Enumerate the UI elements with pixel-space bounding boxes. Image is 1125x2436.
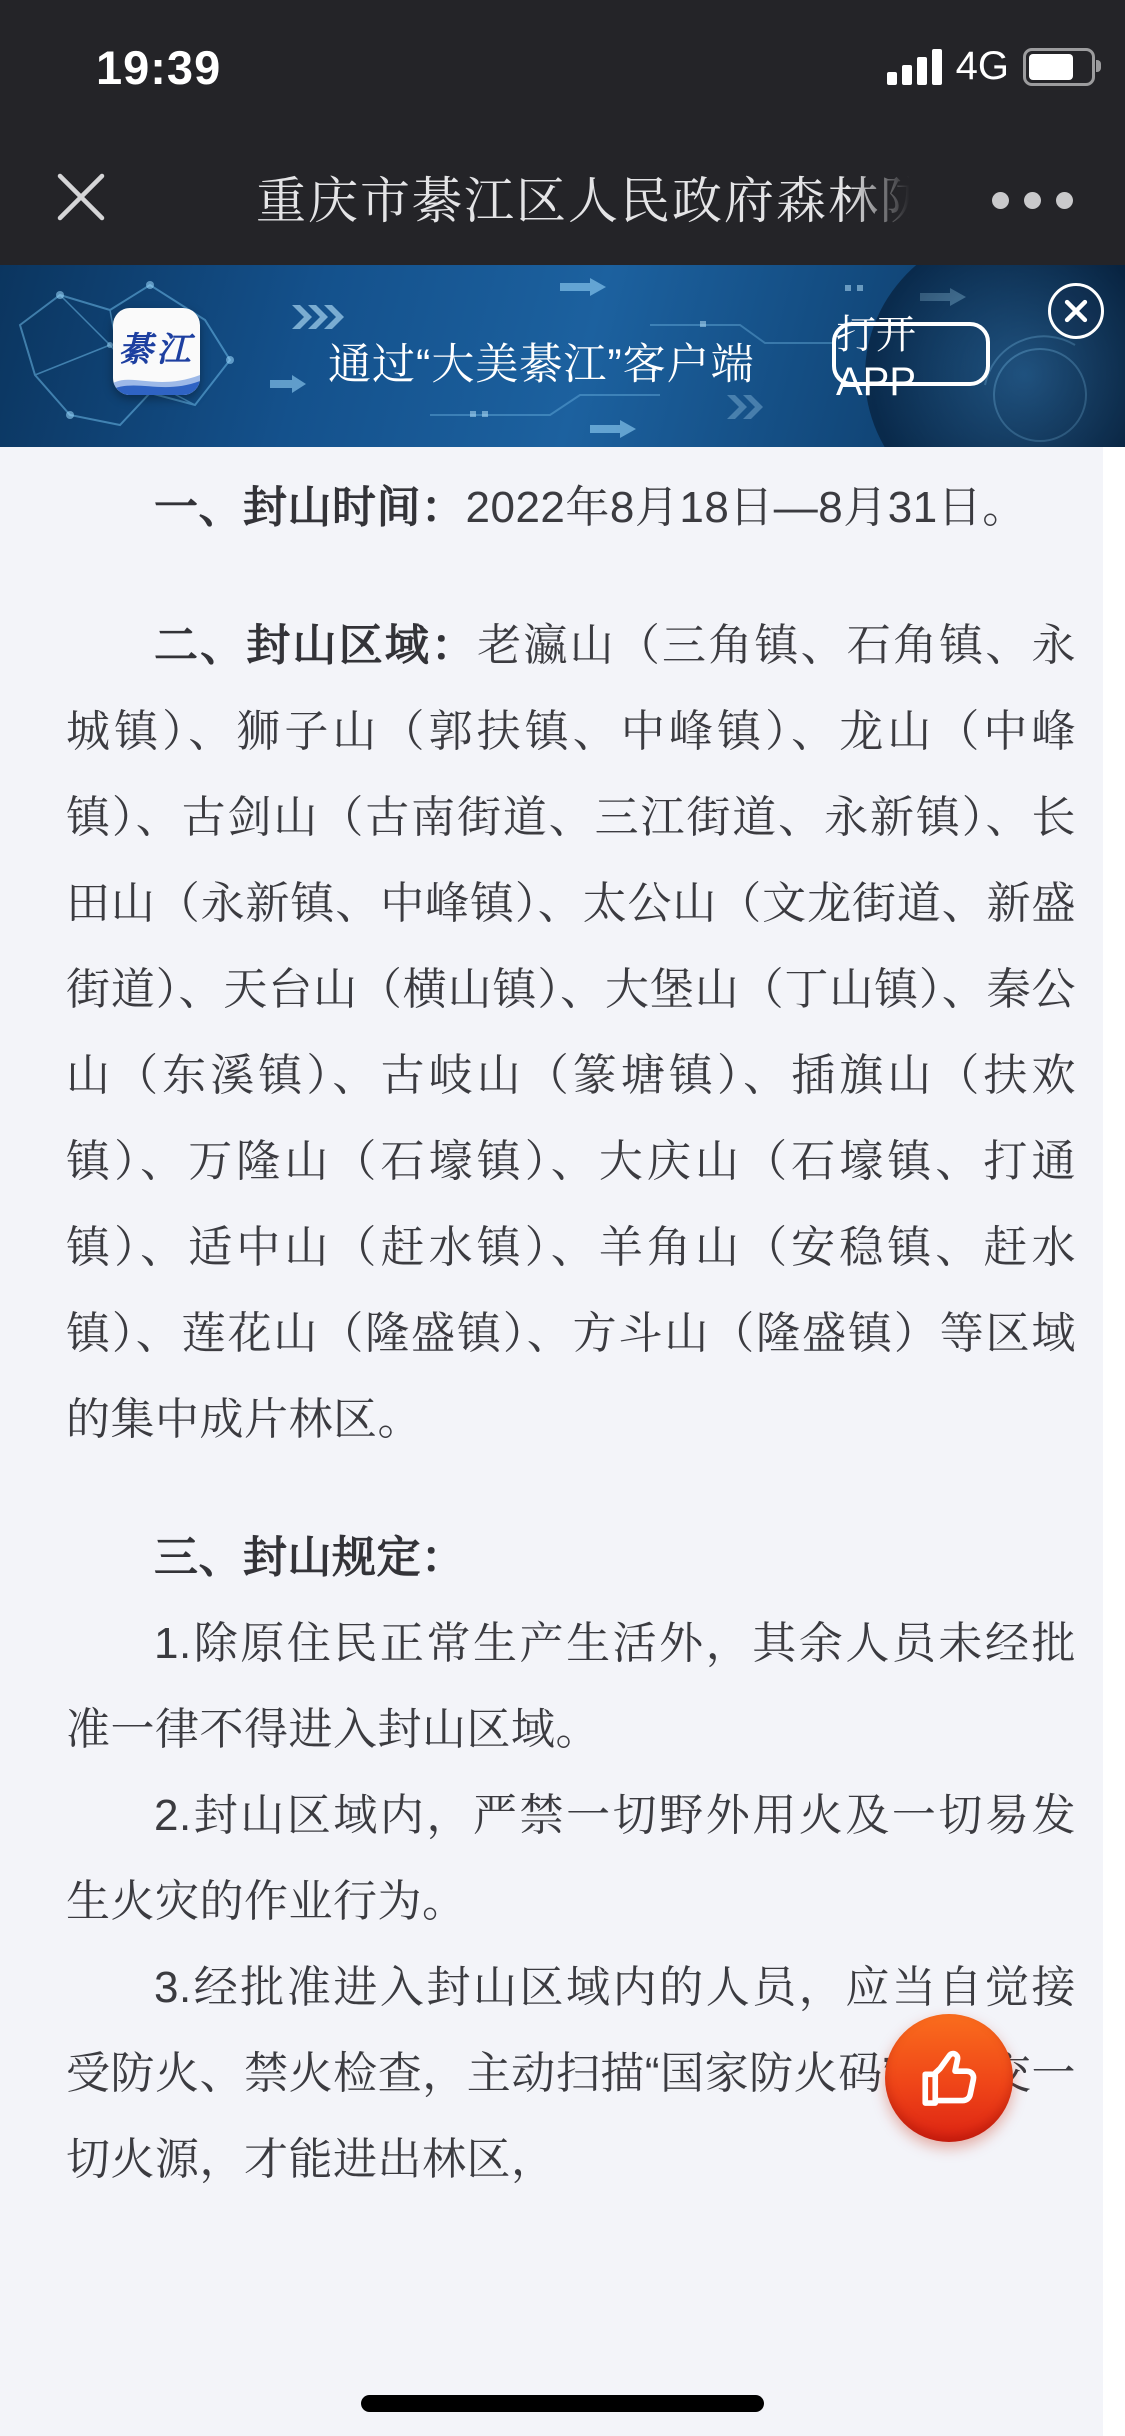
phone-screen: 19:39 4G 重庆市綦江区人民政府森林防 [0, 0, 1125, 2436]
banner-message: 通过“大美綦江”客户端 [328, 331, 755, 392]
network-type-label: 4G [956, 44, 1009, 89]
logo-wave [113, 365, 200, 395]
home-indicator[interactable] [361, 2395, 764, 2412]
paragraph-closure-rules-heading: 三、封山规定： [66, 1515, 1076, 1601]
more-menu-icon[interactable] [992, 192, 1073, 209]
like-button[interactable] [885, 2014, 1013, 2142]
paragraph-closure-time: 一、封山时间：2022年8月18日—8月31日。 [66, 465, 1076, 551]
signal-strength-icon [887, 49, 942, 85]
title-fade-overlay [850, 160, 920, 240]
open-app-button[interactable]: 打开APP [832, 322, 990, 386]
app-logo: 綦江 [113, 308, 200, 395]
banner-close-icon[interactable] [1048, 283, 1104, 339]
app-logo-text: 綦江 [113, 322, 200, 371]
header: 19:39 4G 重庆市綦江区人民政府森林防 [0, 0, 1125, 265]
paragraph-closure-area: 二、封山区域：老瀛山（三角镇、石角镇、永城镇）、狮子山（郭扶镇、中峰镇）、龙山（… [66, 603, 1076, 1463]
open-app-banner: 綦江 通过“大美綦江”客户端 打开APP [0, 265, 1125, 447]
paragraph-rule-1: 1.除原住民正常生产生活外，其余人员未经批准一律不得进入封山区域。 [66, 1601, 1076, 1773]
thumbs-up-icon [909, 2038, 989, 2118]
battery-icon [1023, 48, 1095, 86]
status-time: 19:39 [96, 40, 221, 95]
status-icons: 4G [887, 44, 1095, 89]
page-title: 重庆市綦江区人民政府森林防 [256, 166, 920, 236]
page-title-text: 重庆市綦江区人民政府森林防 [256, 173, 920, 229]
paragraph-rule-2: 2.封山区域内，严禁一切野外用火及一切易发生火灾的作业行为。 [66, 1773, 1076, 1945]
close-webview-icon[interactable] [52, 168, 110, 226]
